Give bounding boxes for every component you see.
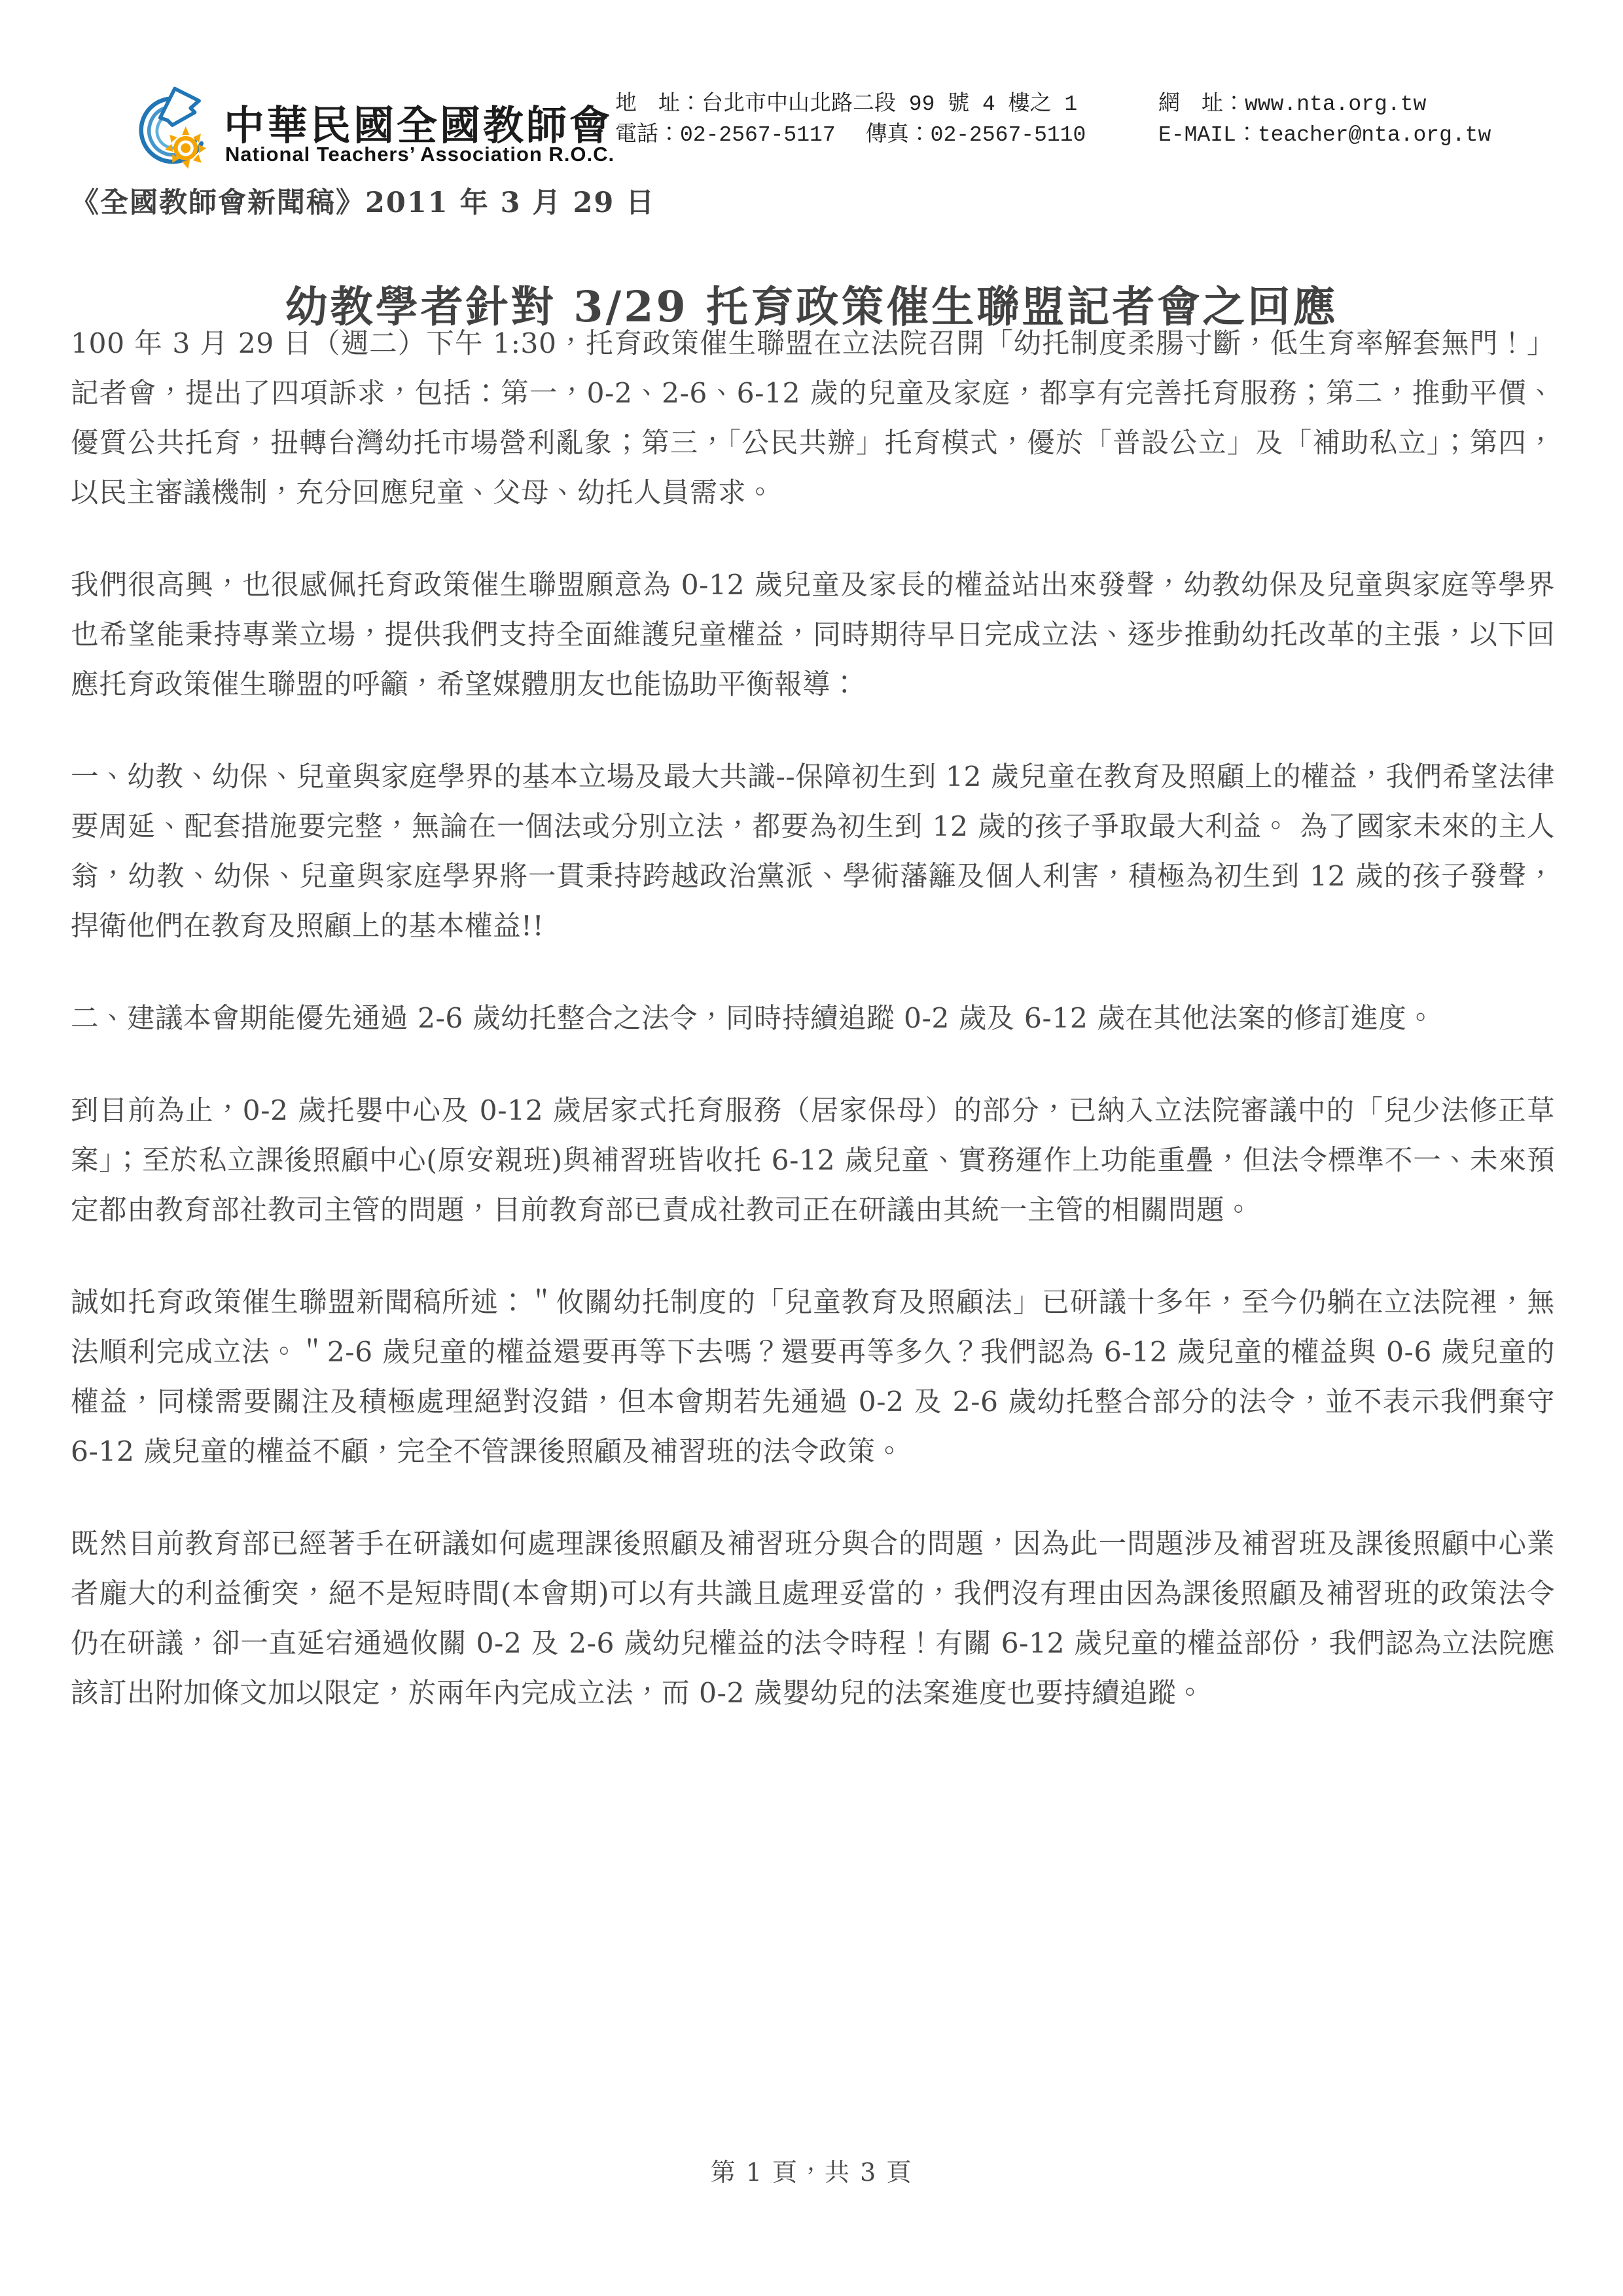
- email-line: E-MAIL：teacher@nta.org.tw: [1158, 123, 1491, 147]
- fax-label: 傳真：: [866, 123, 931, 147]
- paragraph-point-2: 二、建議本會期能優先通過 2-6 歲幼托整合之法令，同時持續追蹤 0-2 歲及 …: [71, 994, 1555, 1044]
- paragraph-quote-discussion: 誠如托育政策催生聯盟新聞稿所述：＂攸關幼托制度的「兒童教育及照顧法」已研議十多年…: [71, 1278, 1555, 1477]
- phone-value: 02-2567-5117: [680, 123, 836, 147]
- website-label: 網 址：: [1158, 92, 1245, 117]
- website-value: www.nta.org.tw: [1245, 92, 1426, 117]
- address-line: 地 址：台北市中山北路二段 99 號 4 樓之 1: [615, 89, 1077, 120]
- fax-line: 傳真：02-2567-5110: [866, 120, 1086, 151]
- press-release-dateline: 《全國教師會新聞稿》2011 年 3 月 29 日: [71, 181, 655, 221]
- paragraph-point-1: 一、幼教、幼保、兒童與家庭學界的基本立場及最大共識--保障初生到 12 歲兒童在…: [71, 753, 1555, 952]
- phone-label: 電話：: [615, 123, 680, 147]
- email-value: teacher@nta.org.tw: [1258, 123, 1491, 147]
- paragraph-intro: 100 年 3 月 29 日（週二）下午 1:30，托育政策催生聯盟在立法院召開…: [71, 319, 1555, 518]
- contact-info: 地 址：台北市中山北路二段 99 號 4 樓之 1 網 址：www.nta.or…: [615, 89, 1564, 151]
- address-label: 地 址：: [615, 92, 702, 117]
- press-release-page: 中華民國全國教師會 National Teachers’ Association…: [0, 0, 1623, 2296]
- paragraph-legislative-status: 到目前為止，0-2 歲托嬰中心及 0-12 歲居家式托育服務（居家保母）的部分，…: [71, 1086, 1555, 1236]
- document-body: 100 年 3 月 29 日（週二）下午 1:30，托育政策催生聯盟在立法院召開…: [71, 319, 1555, 1761]
- website-line: 網 址：www.nta.org.tw: [1158, 92, 1426, 117]
- nta-logo-icon: [136, 84, 213, 169]
- fax-value: 02-2567-5110: [931, 123, 1086, 147]
- paragraph-response-preface: 我們很高興，也很感佩托育政策催生聯盟願意為 0-12 歲兒童及家長的權益站出來發…: [71, 561, 1555, 710]
- address-value: 台北市中山北路二段 99 號 4 樓之 1: [702, 92, 1077, 117]
- contact-row-2: 電話：02-2567-5117 傳真：02-2567-5110 E-MAIL：t…: [615, 120, 1564, 151]
- email-label: E-MAIL：: [1158, 123, 1258, 147]
- paragraph-conclusion: 既然目前教育部已經著手在研議如何處理課後照顧及補習班分與合的問題，因為此一問題涉…: [71, 1520, 1555, 1719]
- phone-line: 電話：02-2567-5117: [615, 120, 836, 151]
- org-name-en: National Teachers’ Association R.O.C.: [225, 143, 615, 166]
- page-number: 第 1 頁，共 3 頁: [0, 2152, 1623, 2188]
- contact-row-1: 地 址：台北市中山北路二段 99 號 4 樓之 1 網 址：www.nta.or…: [615, 89, 1564, 120]
